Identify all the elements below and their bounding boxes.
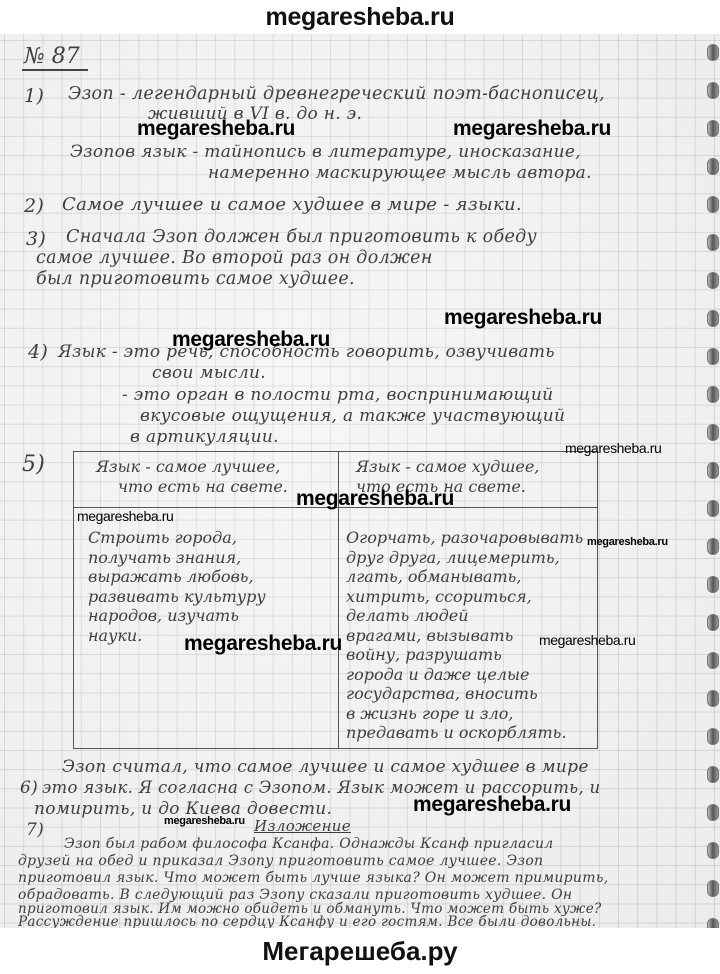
table-cell-line: предавать и оскорблять.	[346, 723, 583, 743]
watermark: megaresheba.ru	[587, 536, 668, 548]
item5-label: 5)	[22, 455, 45, 475]
table-header-best: Язык - самое лучшее, что есть на свете.	[96, 457, 288, 497]
spiral-ring-icon	[707, 576, 719, 593]
item7-label: 7)	[26, 820, 44, 840]
exercise-number: № 87	[22, 45, 88, 71]
item3-line2: самое лучшее. Во второй раз он должен	[36, 248, 433, 268]
spiral-ring-icon	[707, 538, 719, 555]
site-footer-watermark: Мегарешеба.ру	[0, 928, 720, 974]
item6-line1: Эзоп считал, что самое лучшее и самое ху…	[62, 757, 589, 777]
table-cell-line: Строить города,	[88, 528, 266, 548]
spiral-ring-icon	[707, 272, 719, 289]
watermark: megaresheba.ru	[453, 117, 611, 141]
item6-label: 6)	[20, 778, 38, 798]
spiral-ring-icon	[707, 462, 719, 479]
spiral-ring-icon	[707, 348, 719, 365]
item4-line5: в артикуляции.	[130, 427, 279, 447]
watermark: megaresheba.ru	[296, 487, 454, 511]
notebook-spiral	[706, 34, 720, 928]
table-cell-line: Огорчать, разочаровывать	[346, 528, 583, 548]
item1-line4: намеренно маскирующее мысль автора.	[208, 163, 592, 183]
item4-line3: - это орган в полости рта, воспринимающи…	[122, 385, 553, 405]
table-cell-line: друг друга, лицемерить,	[346, 548, 583, 568]
spiral-ring-icon	[707, 120, 719, 137]
spiral-ring-icon	[707, 386, 719, 403]
item3-line3: был приготовить самое худшее.	[36, 269, 355, 289]
spiral-ring-icon	[707, 44, 719, 61]
spiral-ring-icon	[707, 880, 719, 897]
item7-line1: Эзоп был рабом философа Ксанфа. Однажды …	[64, 836, 554, 853]
spiral-ring-icon	[707, 690, 719, 707]
spiral-ring-icon	[707, 500, 719, 517]
item4-line4: вкусовые ощущения, а также участвующий	[140, 406, 565, 426]
spiral-ring-icon	[707, 842, 719, 859]
table-cell-line: выражать любовь,	[88, 567, 266, 587]
spiral-ring-icon	[707, 82, 719, 99]
item1-line1: Эзоп - легендарный древнегреческий поэт-…	[68, 84, 605, 104]
watermark: megaresheba.ru	[413, 793, 571, 817]
table-cell-line: в жизнь горе и зло,	[346, 704, 583, 724]
table-cell-line: народов, изучать	[88, 606, 266, 626]
spiral-ring-icon	[707, 804, 719, 821]
spiral-ring-icon	[707, 196, 719, 213]
spiral-ring-icon	[707, 652, 719, 669]
item7-heading: Изложение	[254, 816, 351, 836]
item7-line6: Рассуждение пришлось по сердцу Ксанфу и …	[18, 915, 596, 929]
item3-label: 3)	[26, 229, 46, 249]
table-cell-line: делать людей	[346, 606, 583, 626]
spiral-ring-icon	[707, 158, 719, 175]
item1-label: 1)	[24, 86, 44, 106]
item4-label: 4)	[28, 342, 48, 362]
watermark: megaresheba.ru	[137, 117, 295, 141]
item7-line3: приготовил язык. Что может быть лучше яз…	[18, 870, 609, 887]
item7-line2: друзей на обед и приказал Эзопу приготов…	[18, 853, 543, 870]
spiral-ring-icon	[707, 614, 719, 631]
table-cell-line: лгать, обманывать,	[346, 567, 583, 587]
item1-line3: Эзопов язык - тайнопись в литературе, ин…	[70, 142, 581, 162]
table-cell-line: города и даже целые	[346, 665, 583, 685]
watermark: megaresheba.ru	[539, 632, 635, 648]
watermark: megaresheba.ru	[172, 328, 330, 352]
spiral-ring-icon	[707, 424, 719, 441]
watermark: megaresheba.ru	[444, 306, 602, 330]
item2-line1: Самое лучшее и самое худшее в мире - язы…	[62, 195, 522, 215]
item3-line1: Сначала Эзоп должен был приготовить к об…	[66, 227, 537, 247]
watermark: megaresheba.ru	[77, 508, 173, 524]
item4-line2: свои мысли.	[152, 363, 266, 383]
table-cell-line: хитрить, ссориться,	[346, 587, 583, 607]
table-cell-line: государства, вносить	[346, 684, 583, 704]
spiral-ring-icon	[707, 766, 719, 783]
spiral-ring-icon	[707, 728, 719, 745]
watermark: megaresheba.ru	[565, 440, 661, 456]
watermark: megaresheba.ru	[184, 632, 342, 656]
spiral-ring-icon	[707, 234, 719, 251]
table-cell-line: развивать культуру	[88, 587, 266, 607]
table-cell-best: Строить города,получать знания,выражать …	[88, 528, 266, 645]
item2-label: 2)	[24, 196, 44, 216]
site-header-watermark: megaresheba.ru	[0, 0, 720, 34]
spiral-ring-icon	[707, 310, 719, 327]
table-cell-line: получать знания,	[88, 548, 266, 568]
watermark: megaresheba.ru	[164, 815, 245, 827]
